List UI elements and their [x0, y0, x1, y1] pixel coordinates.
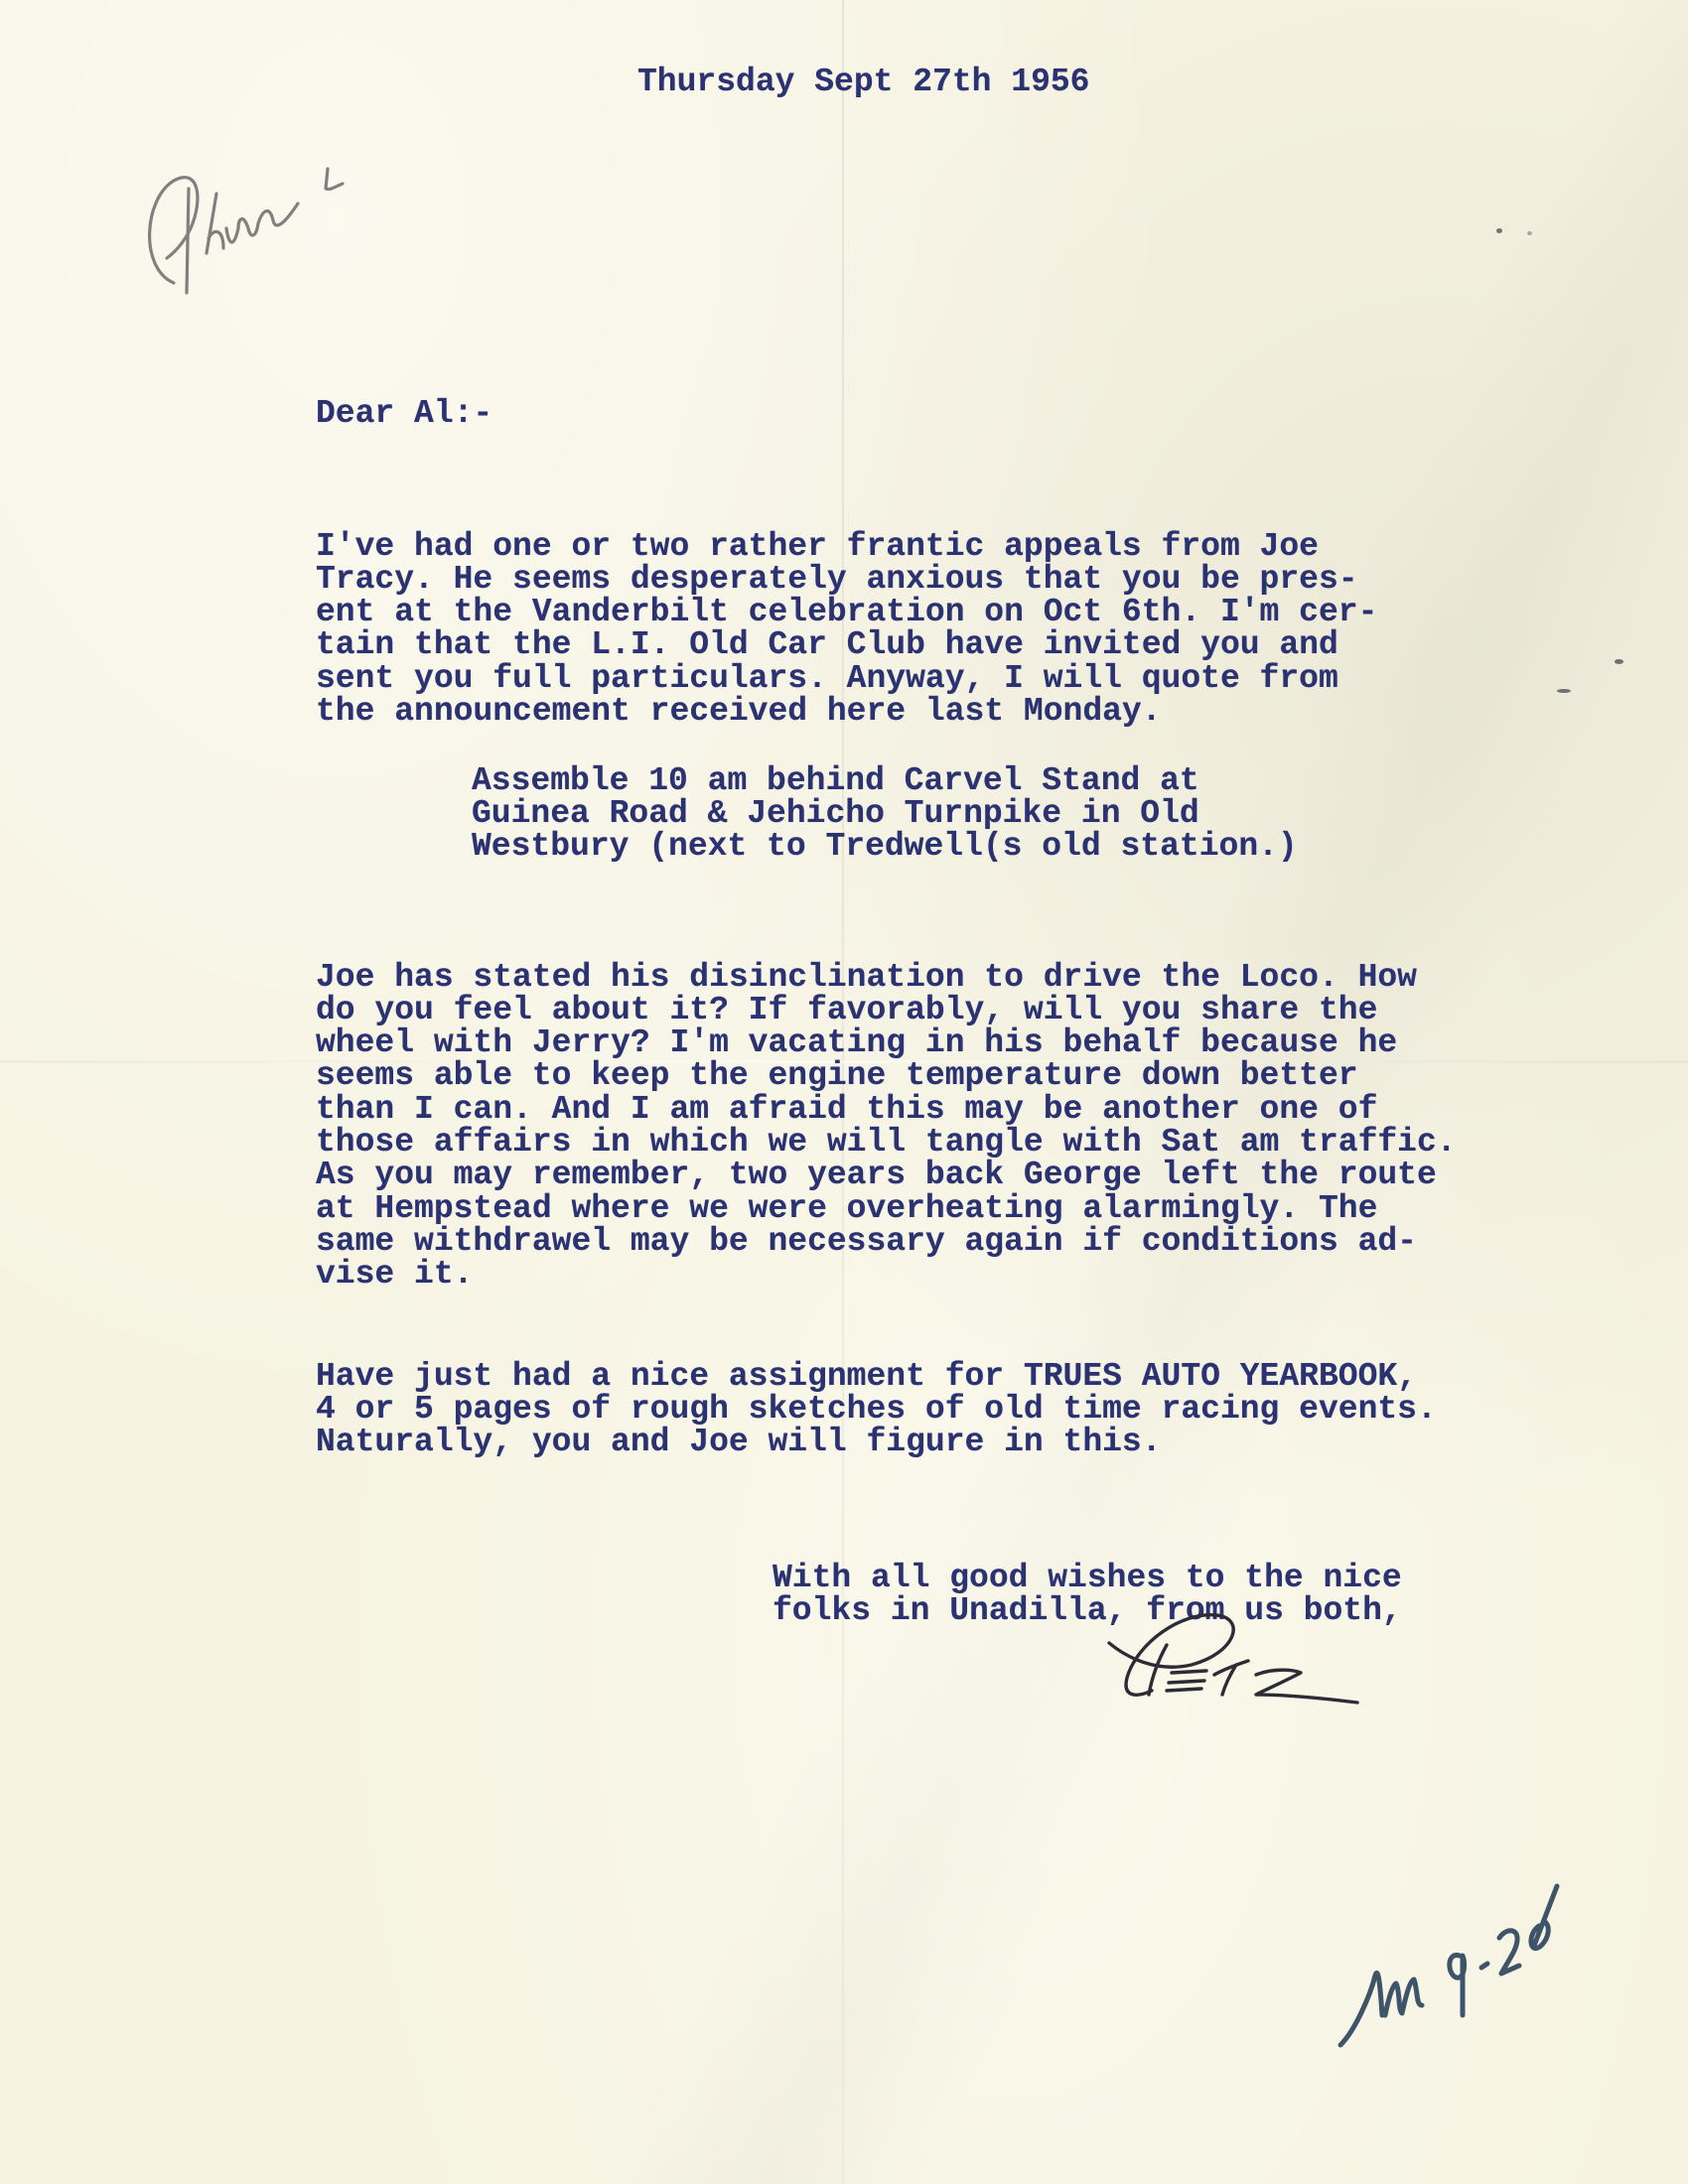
quote-line: Westbury (next to Tredwell(s old station… — [472, 830, 1298, 863]
paragraph-line: ent at the Vanderbilt celebration on Oct… — [316, 596, 1377, 628]
paragraph-line: Tracy. He seems desperately anxious that… — [316, 563, 1377, 596]
quote-line: Guinea Road & Jehicho Turnpike in Old — [472, 797, 1298, 830]
paragraph-loco-driving: Joe has stated his disinclination to dri… — [316, 894, 1457, 1324]
paragraph-line: As you may remember, two years back Geor… — [316, 1159, 1457, 1191]
paragraph-yearbook-assignment: Have just had a nice assignment for TRUE… — [316, 1294, 1437, 1492]
paragraph-line: Naturally, you and Joe will figure in th… — [316, 1426, 1437, 1458]
paper-speck — [1496, 228, 1502, 233]
paper-speck — [1557, 689, 1571, 693]
paragraph-line: Joe has stated his disinclination to dri… — [316, 961, 1457, 994]
paper-speck — [1527, 231, 1532, 235]
handwritten-note-phone — [119, 159, 357, 308]
paragraph-line: sent you full particulars. Anyway, I wil… — [316, 662, 1377, 695]
quoted-announcement: Assemble 10 am behind Carvel Stand atGui… — [472, 698, 1298, 896]
paragraph-line: at Hempstead where we were overheating a… — [316, 1192, 1457, 1225]
paragraph-line: than I can. And I am afraid this may be … — [316, 1093, 1457, 1126]
salutation: Dear Al:- — [316, 397, 492, 430]
quote-line: Assemble 10 am behind Carvel Stand at — [472, 764, 1298, 797]
paragraph-line: 4 or 5 pages of rough sketches of old ti… — [316, 1393, 1437, 1426]
paragraph-line: same withdrawel may be necessary again i… — [316, 1225, 1457, 1258]
paper-speck — [1615, 659, 1623, 664]
paragraph-line: seems able to keep the engine temperatur… — [316, 1059, 1457, 1092]
closing-line: With all good wishes to the nice — [773, 1562, 1402, 1594]
paragraph-line: those affairs in which we will tangle wi… — [316, 1126, 1457, 1159]
letter-date: Thursday Sept 27th 1956 — [637, 66, 1089, 98]
paragraph-line: do you feel about it? If favorably, will… — [316, 994, 1457, 1026]
paragraph-line: wheel with Jerry? I'm vacating in his be… — [316, 1026, 1457, 1059]
paragraph-line: vise it. — [316, 1258, 1457, 1291]
signature — [1097, 1603, 1375, 1712]
handwritten-note-answered — [1331, 1866, 1589, 2065]
paragraph-line: I've had one or two rather frantic appea… — [316, 530, 1377, 563]
paragraph-line: Have just had a nice assignment for TRUE… — [316, 1360, 1437, 1393]
paragraph-line: tain that the L.I. Old Car Club have inv… — [316, 628, 1377, 661]
